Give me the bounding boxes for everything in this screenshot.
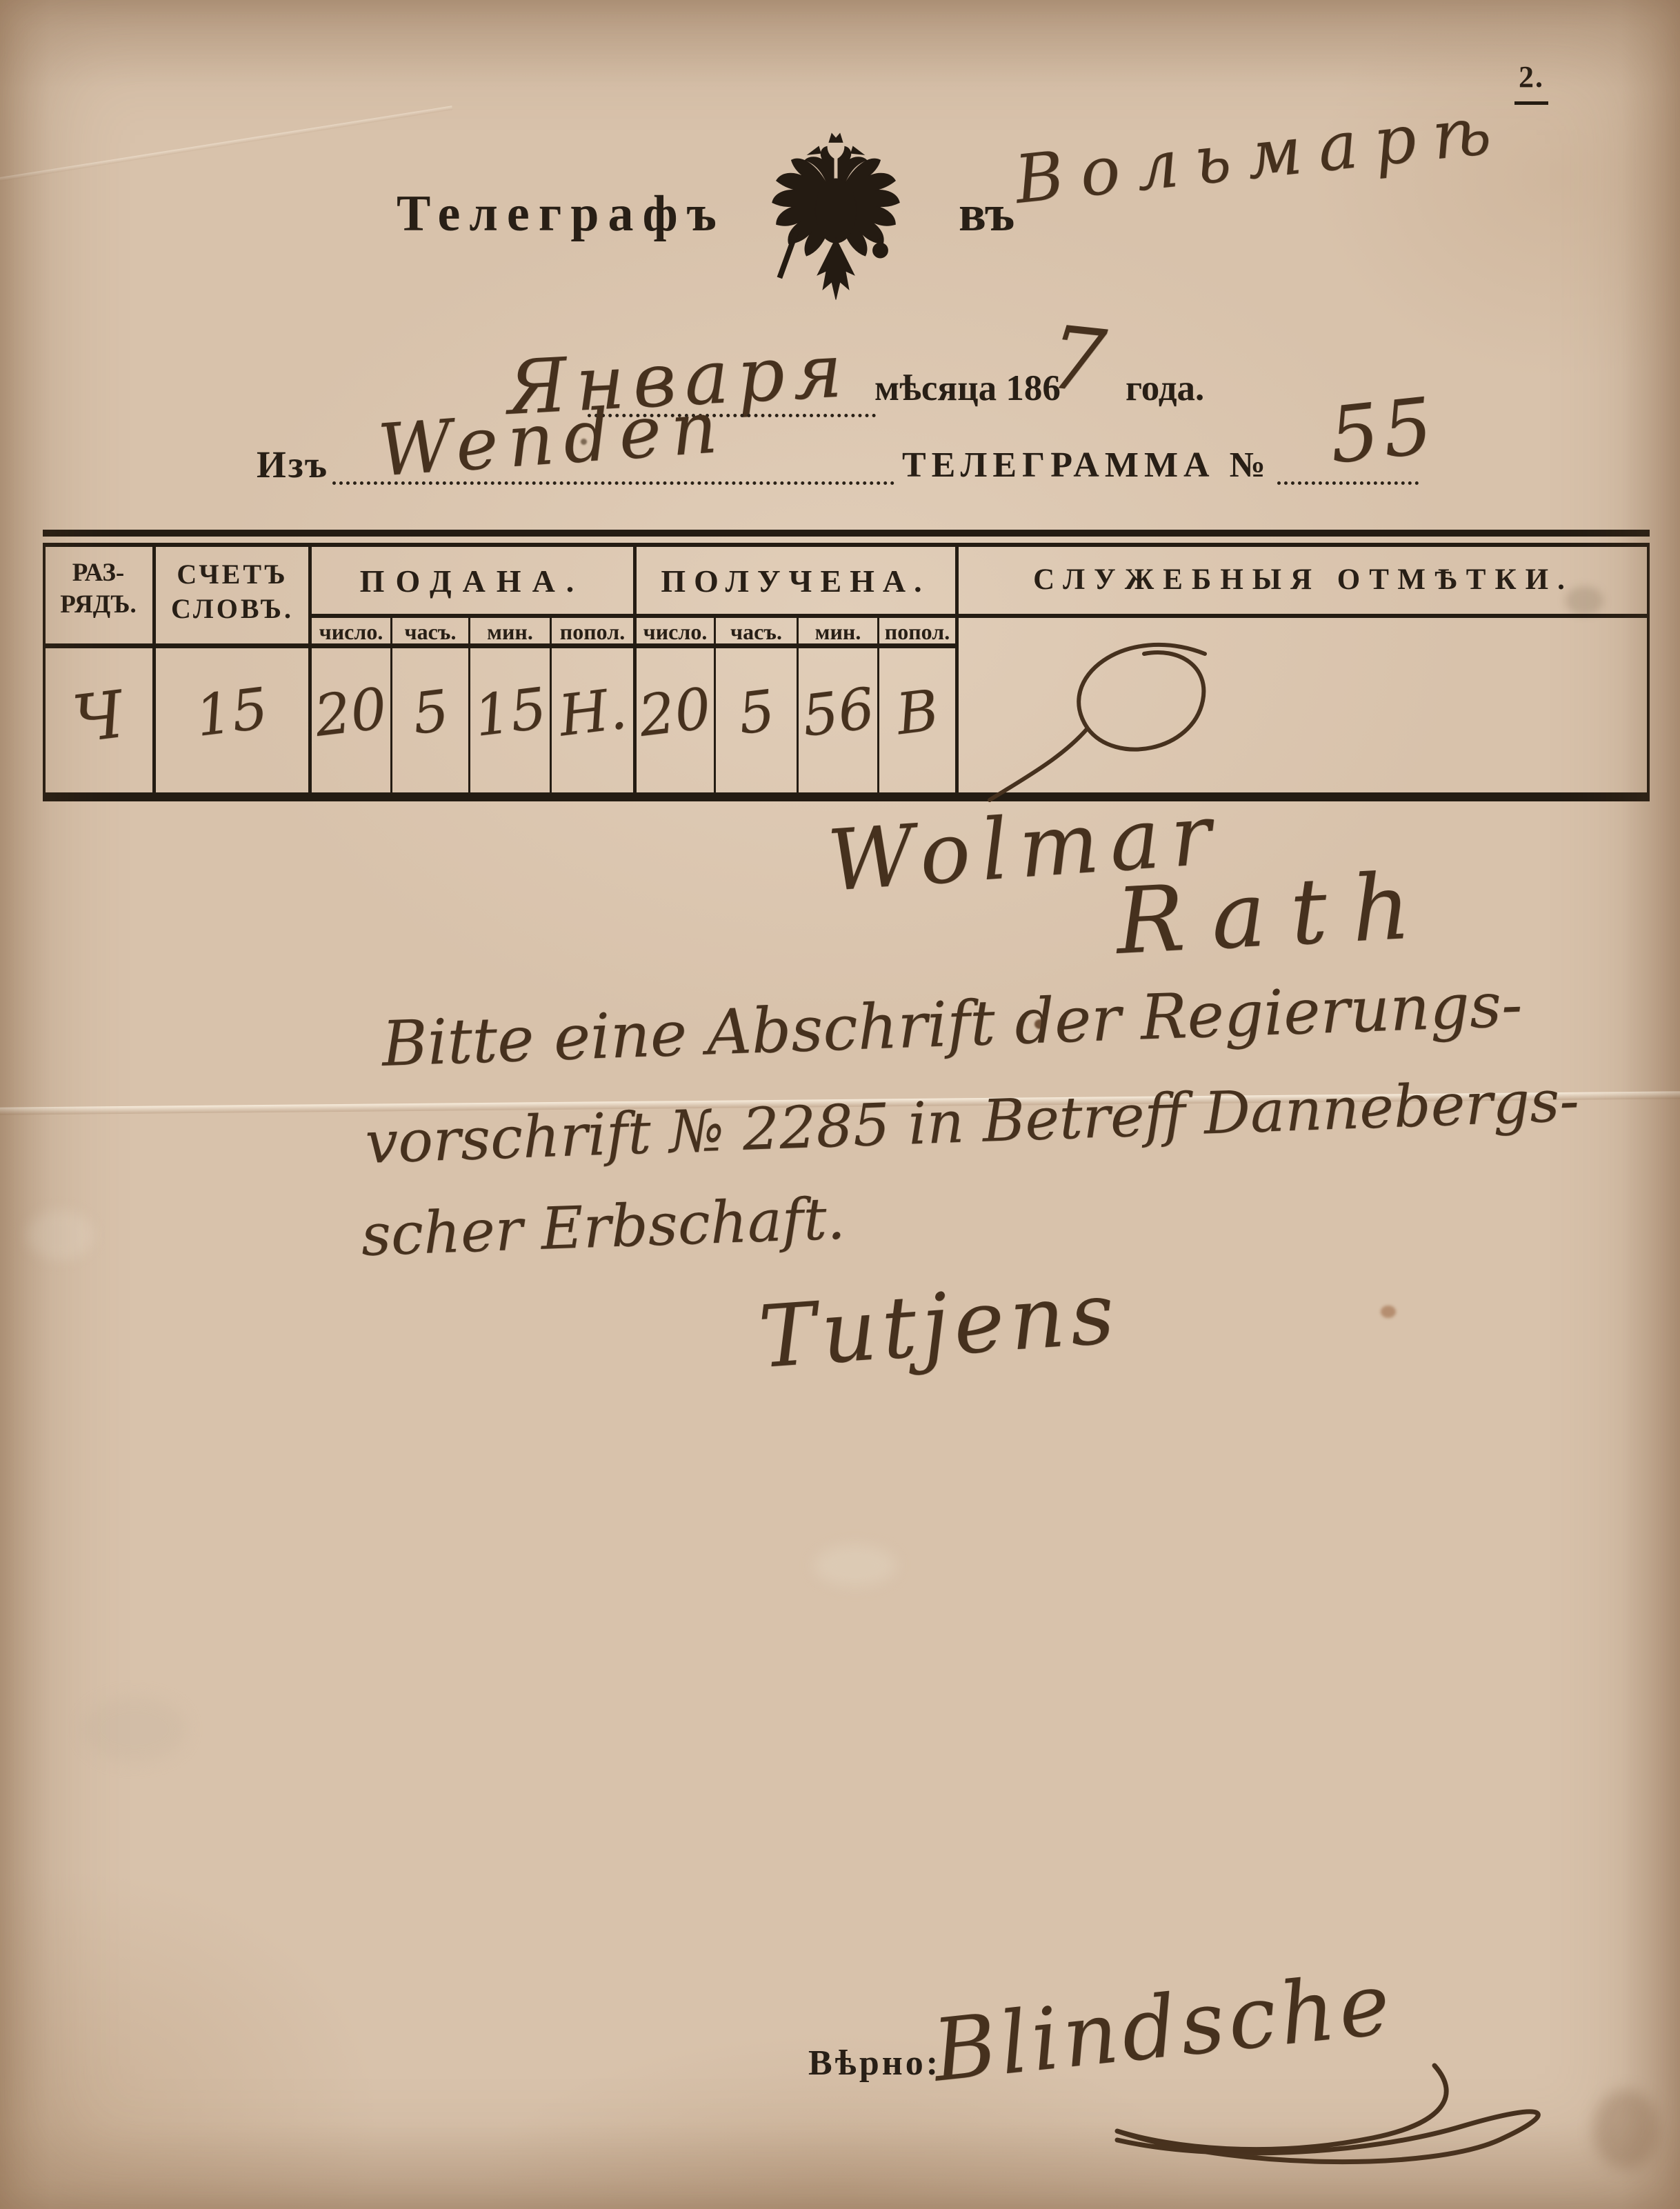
table-rule-under-group-headers [310,614,1650,618]
table-border-top [43,530,1650,537]
ink-stain [1381,1306,1396,1318]
table-border-bottom [43,792,1650,801]
paper-stain [83,1697,186,1762]
row-value-razryad: Ч [39,674,158,762]
row-value-poluchena-min: 56 [794,675,883,750]
subheader-popol: попол. [879,619,955,645]
signature-flourish [1076,2059,1628,2190]
from-label: Изъ [257,443,329,486]
telegram-service-table: РАЗ- РЯДЪ. СЧЕТЪ СЛОВЪ. ПОДАНА. ПОЛУЧЕНА… [43,530,1650,801]
form-title: Телеграфъ [397,185,726,243]
row-value-podana-day: 20 [306,675,396,750]
message-line-2: vorschrift № 2285 in Betreff Dannebergs- [364,1067,1580,1177]
form-title-preposition: въ [959,185,1014,243]
row-value-podana-popol: Н. [548,675,639,750]
subheader-popol: попол. [552,619,633,645]
column-header-schet-slov: СЧЕТЪ СЛОВЪ. [156,557,309,626]
origin-fill-line [332,481,894,485]
handwritten-origin-city: Wenden [375,384,729,492]
subheader-chislo: число. [312,619,390,645]
page-number: 2. [1514,59,1548,105]
row-value-poluchena-hour: 5 [712,675,802,750]
subheader-chas: часъ. [716,619,797,645]
row-value-poluchena-popol: В [875,675,961,750]
telegram-number-label: ТЕЛЕГРАММА № [902,445,1271,486]
subheader-chas: часъ. [392,619,468,645]
verified-label: Вѣрно: [808,2043,941,2083]
column-header-sluzhebnye-otmetki: СЛУЖЕБНЫЯ ОТМѢТКИ. [959,563,1648,597]
message-line-3: scher Erbschaft. [360,1185,846,1269]
subheader-min: мин. [470,619,550,645]
row-value-podana-hour: 5 [388,675,474,750]
pen-flourish [977,640,1226,806]
table-border-top-inner [43,543,1650,547]
year-suffix-label: года. [1126,368,1204,409]
row-value-word-count: 15 [150,671,313,755]
number-fill-line [1277,481,1419,485]
handwritten-year-digit: 7 [1045,306,1110,413]
paper-stain [814,1545,897,1586]
sender-signature: Tutjens [756,1263,1123,1388]
message-line-1: Bitte eine Abschrift der Regierungs- [381,968,1523,1081]
subheader-chislo: число. [637,619,714,645]
fold-crease-top [0,106,452,185]
double-headed-eagle-icon [750,126,921,310]
column-header-poluchena: ПОЛУЧЕНА. [636,563,955,599]
handwritten-city: Вольмарѣ [1011,90,1510,219]
row-value-podana-min: 15 [466,675,555,750]
column-header-podana: ПОДАНА. [312,563,633,599]
paper-stain [28,1210,93,1260]
column-header-razryad: РАЗ- РЯДЪ. [43,557,154,621]
telegram-document: 2. Телеграфъ въ Вольмарѣ Января мѣсяца 1… [0,0,1680,2209]
handwritten-telegram-number: 55 [1326,381,1441,481]
row-value-poluchena-day: 20 [631,675,719,750]
handwritten-addressee: Rath [1113,852,1438,975]
subheader-min: мин. [799,619,877,645]
month-year-label: мѣсяца 186 [874,368,1061,409]
